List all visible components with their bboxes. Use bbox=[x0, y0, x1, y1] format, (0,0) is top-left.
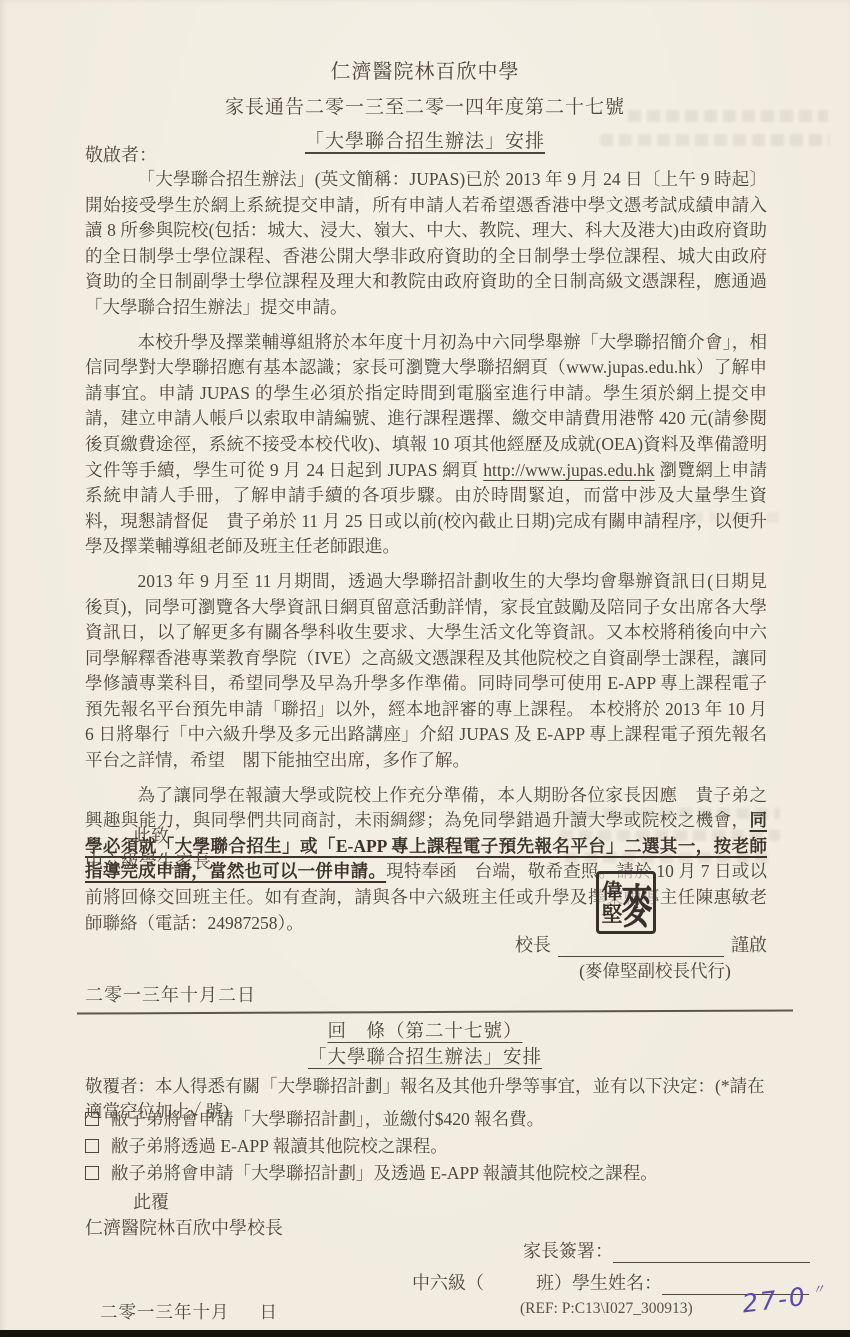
handwritten-tick: 〃 bbox=[811, 1282, 828, 1299]
option-1-label: 敝子弟將會申請「大學聯招計劃」，並繳付$420 報名費。 bbox=[111, 1106, 544, 1131]
salutation: 敬啟者： bbox=[85, 141, 157, 167]
letter-body: 「大學聯合招生辦法」(英文簡稱：JUPAS)已於 2013 年 9 月 24 日… bbox=[85, 167, 767, 945]
signed-on-behalf: (麥偉堅副校長代行) bbox=[540, 958, 770, 983]
reply-option-1: 敝子弟將會申請「大學聯招計劃」，並繳付$420 報名費。 bbox=[85, 1106, 544, 1131]
letter-date: 二零一三年十月二日 bbox=[85, 981, 256, 1007]
reply-addressee: 仁濟醫院林百欣中學校長 bbox=[85, 1214, 283, 1240]
seal-right-column: 麥 bbox=[621, 868, 653, 936]
reply-slip-title: 回 條（第二十七號） bbox=[0, 1017, 850, 1043]
reply-option-3: 敝子弟將會申請「大學聯招計劃」及透過 E-APP 報讀其他院校之課程。 bbox=[85, 1160, 658, 1185]
principal-signature-line[interactable] bbox=[558, 937, 724, 957]
parent-signature-row: 家長簽署： bbox=[523, 1237, 810, 1263]
closing-phrase: 此致 bbox=[133, 822, 169, 848]
option-3-label: 敝子弟將會申請「大學聯招計劃」及透過 E-APP 報讀其他院校之課程。 bbox=[111, 1160, 658, 1185]
option-2-label: 敝子弟將透過 E-APP 報讀其他院校之課程。 bbox=[111, 1133, 448, 1158]
seal-left-column: 偉堅 bbox=[600, 880, 621, 926]
reference-code: (REF: P:C13\I027_300913) bbox=[520, 1300, 693, 1318]
class-label-pre: 中六級（ bbox=[412, 1269, 484, 1295]
reply-date: 二零一三年十月日 bbox=[100, 1299, 278, 1324]
reply-slip-subtitle: 「大學聯合招生辦法」安排 bbox=[0, 1043, 850, 1069]
checkbox-option-3[interactable] bbox=[85, 1166, 99, 1180]
paragraph-2-text: 本校升學及擇業輔導組將於本年度十月初為中六同學舉辦「大學聯招簡介會」，相信同學對… bbox=[85, 332, 767, 480]
principal-label: 校長 bbox=[515, 931, 551, 957]
tear-off-divider bbox=[77, 1009, 793, 1014]
reply-option-2: 敝子弟將透過 E-APP 報讀其他院校之課程。 bbox=[85, 1133, 448, 1158]
paragraph-2: 本校升學及擇業輔導組將於本年度十月初為中六同學舉辦「大學聯招簡介會」，相信同學對… bbox=[85, 330, 767, 560]
parent-signature-label: 家長簽署： bbox=[523, 1237, 613, 1263]
notice-subject: 「大學聯合招生辦法」安排 bbox=[305, 126, 545, 153]
checkbox-option-1[interactable] bbox=[85, 1112, 99, 1126]
parent-signature-line[interactable] bbox=[613, 1243, 810, 1263]
jupas-url: http://www.jupas.edu.hk bbox=[483, 460, 654, 480]
school-name: 仁濟醫院林百欣中學 bbox=[0, 55, 850, 84]
notice-number-line: 家長通告二零一三至二零一四年度第二十七號 bbox=[0, 92, 850, 119]
checkbox-option-2[interactable] bbox=[85, 1139, 99, 1153]
scanner-edge-bar bbox=[0, 1330, 850, 1337]
paragraph-1: 「大學聯合招生辦法」(英文簡稱：JUPAS)已於 2013 年 9 月 24 日… bbox=[85, 167, 767, 321]
reply-closing-phrase: 此覆 bbox=[133, 1188, 169, 1214]
class-label-post: 班）學生姓名： bbox=[536, 1269, 662, 1295]
paragraph-4-text: 為了讓同學在報讀大學或院校上作充分準備，本人期盼各位家長因應 貴子弟之興趣與能力… bbox=[85, 785, 767, 831]
respectfully-label: 謹啟 bbox=[731, 931, 767, 957]
letter-head: 仁濟醫院林百欣中學 家長通告二零一三至二零一四年度第二十七號 「大學聯合招生辦法… bbox=[0, 55, 850, 153]
scanned-notice-page: 仁濟醫院林百欣中學 家長通告二零一三至二零一四年度第二十七號 「大學聯合招生辦法… bbox=[0, 0, 850, 1337]
class-fill-in[interactable] bbox=[484, 1275, 536, 1295]
principal-seal-stamp: 偉堅 麥 bbox=[596, 871, 656, 934]
addressee: 中六級學生家長 bbox=[85, 848, 211, 874]
paragraph-3: 2013 年 9 月至 11 月期間，透過大學聯招計劃收生的大學均會舉辦資訊日(… bbox=[85, 569, 767, 774]
principal-signature-row: 校長 謹啟 bbox=[515, 931, 767, 957]
